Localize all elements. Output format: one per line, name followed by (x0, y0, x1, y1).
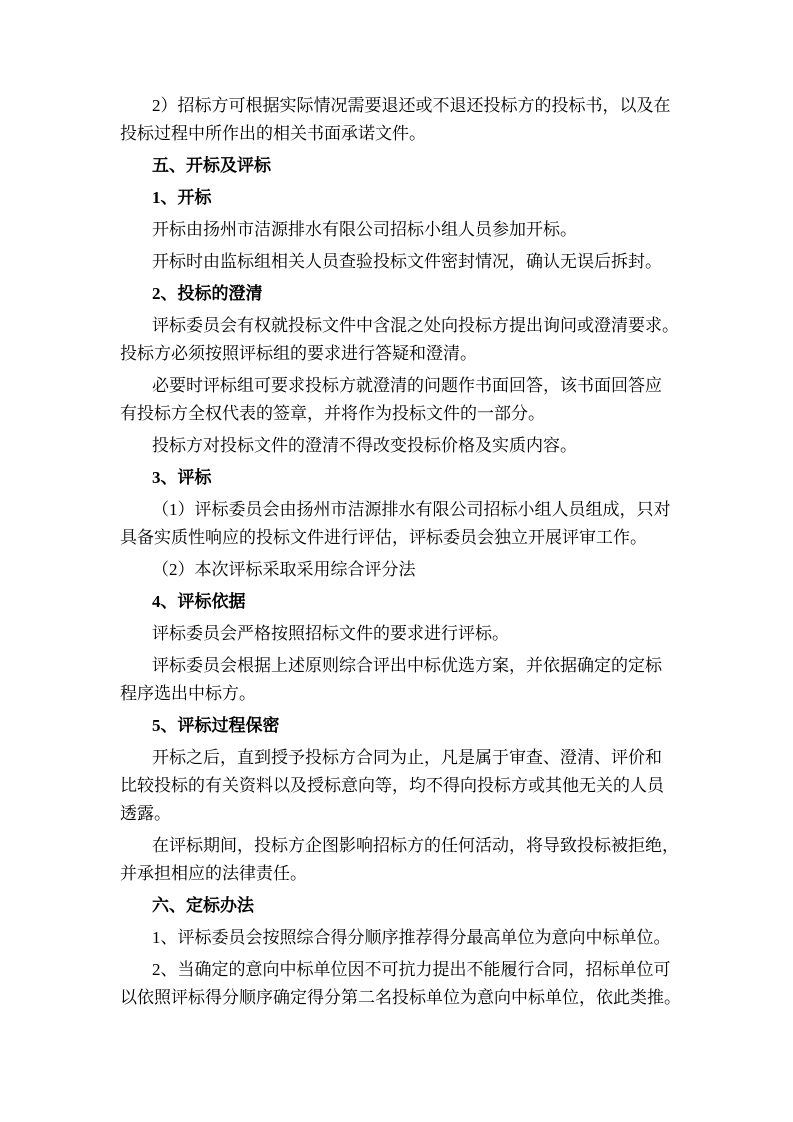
paragraph-line: 1、开标 (120, 184, 673, 212)
paragraph: 2、当确定的意向中标单位因不可抗力提出不能履行合同，招标单位可以依照评标得分顺序… (120, 956, 673, 1012)
paragraph-line: （1）评标委员会由扬州市洁源排水有限公司招标小组人员组成，只对 (120, 496, 673, 524)
paragraph-line: 评标委员会严格按照招标文件的要求进行评标。 (120, 620, 673, 648)
section-heading: 1、开标 (120, 184, 673, 212)
paragraph-line: 以依照评标得分顺序确定得分第二名投标单位为意向中标单位，依此类推。 (120, 984, 673, 1012)
paragraph: 投标方对投标文件的澄清不得改变投标价格及实质内容。 (120, 432, 673, 460)
paragraph: 评标委员会根据上述原则综合评出中标优选方案，并依据确定的定标程序选出中标方。 (120, 652, 673, 708)
paragraph-line: 3、评标 (120, 464, 673, 492)
paragraph: （1）评标委员会由扬州市洁源排水有限公司招标小组人员组成，只对具备实质性响应的投… (120, 496, 673, 552)
paragraph-line: 投标过程中所作出的相关书面承诺文件。 (120, 120, 673, 148)
paragraph-line: 有投标方全权代表的签章，并将作为投标文件的一部分。 (120, 400, 673, 428)
paragraph-line: 必要时评标组可要求投标方就澄清的问题作书面回答，该书面回答应 (120, 372, 673, 400)
paragraph-line: 1、评标委员会按照综合得分顺序推荐得分最高单位为意向中标单位。 (120, 924, 673, 952)
document-body: 2）招标方可根据实际情况需要退还或不退还投标方的投标书，以及在投标过程中所作出的… (120, 92, 673, 1012)
paragraph: 1、评标委员会按照综合得分顺序推荐得分最高单位为意向中标单位。 (120, 924, 673, 952)
paragraph-line: 五、开标及评标 (120, 152, 673, 180)
paragraph-line: 比较投标的有关资料以及授标意向等，均不得向投标方或其他无关的人员 (120, 772, 673, 800)
paragraph-line: 评标委员会有权就投标文件中含混之处向投标方提出询问或澄清要求。 (120, 312, 673, 340)
paragraph: 评标委员会严格按照招标文件的要求进行评标。 (120, 620, 673, 648)
paragraph-line: 投标方对投标文件的澄清不得改变投标价格及实质内容。 (120, 432, 673, 460)
paragraph-line: 2、投标的澄清 (120, 280, 673, 308)
paragraph-line: 2）招标方可根据实际情况需要退还或不退还投标方的投标书，以及在 (120, 92, 673, 120)
paragraph: 开标之后，直到授予投标方合同为止，凡是属于审查、澄清、评价和比较投标的有关资料以… (120, 744, 673, 828)
paragraph-line: （2）本次评标采取采用综合评分法 (120, 556, 673, 584)
paragraph-line: 开标之后，直到授予投标方合同为止，凡是属于审查、澄清、评价和 (120, 744, 673, 772)
paragraph-line: 2、当确定的意向中标单位因不可抗力提出不能履行合同，招标单位可 (120, 956, 673, 984)
paragraph-line: 投标方必须按照评标组的要求进行答疑和澄清。 (120, 340, 673, 368)
section-heading: 4、评标依据 (120, 588, 673, 616)
document-page: 2）招标方可根据实际情况需要退还或不退还投标方的投标书，以及在投标过程中所作出的… (0, 0, 793, 1122)
section-heading: 5、评标过程保密 (120, 712, 673, 740)
paragraph: 开标由扬州市洁源排水有限公司招标小组人员参加开标。 (120, 216, 673, 244)
paragraph-line: 程序选出中标方。 (120, 680, 673, 708)
paragraph-line: 在评标期间，投标方企图影响招标方的任何活动，将导致投标被拒绝， (120, 832, 673, 860)
paragraph-line: 具备实质性响应的投标文件进行评估，评标委员会独立开展评审工作。 (120, 524, 673, 552)
paragraph: 2）招标方可根据实际情况需要退还或不退还投标方的投标书，以及在投标过程中所作出的… (120, 92, 673, 148)
section-heading: 2、投标的澄清 (120, 280, 673, 308)
section-heading: 六、定标办法 (120, 892, 673, 920)
paragraph-line: 开标时由监标组相关人员查验投标文件密封情况，确认无误后拆封。 (120, 248, 673, 276)
section-heading: 五、开标及评标 (120, 152, 673, 180)
paragraph: 在评标期间，投标方企图影响招标方的任何活动，将导致投标被拒绝，并承担相应的法律责… (120, 832, 673, 888)
paragraph: （2）本次评标采取采用综合评分法 (120, 556, 673, 584)
section-heading: 3、评标 (120, 464, 673, 492)
paragraph-line: 六、定标办法 (120, 892, 673, 920)
paragraph: 必要时评标组可要求投标方就澄清的问题作书面回答，该书面回答应有投标方全权代表的签… (120, 372, 673, 428)
paragraph-line: 评标委员会根据上述原则综合评出中标优选方案，并依据确定的定标 (120, 652, 673, 680)
paragraph-line: 4、评标依据 (120, 588, 673, 616)
paragraph: 开标时由监标组相关人员查验投标文件密封情况，确认无误后拆封。 (120, 248, 673, 276)
paragraph-line: 开标由扬州市洁源排水有限公司招标小组人员参加开标。 (120, 216, 673, 244)
paragraph-line: 5、评标过程保密 (120, 712, 673, 740)
paragraph-line: 透露。 (120, 800, 673, 828)
paragraph-line: 并承担相应的法律责任。 (120, 860, 673, 888)
paragraph: 评标委员会有权就投标文件中含混之处向投标方提出询问或澄清要求。投标方必须按照评标… (120, 312, 673, 368)
